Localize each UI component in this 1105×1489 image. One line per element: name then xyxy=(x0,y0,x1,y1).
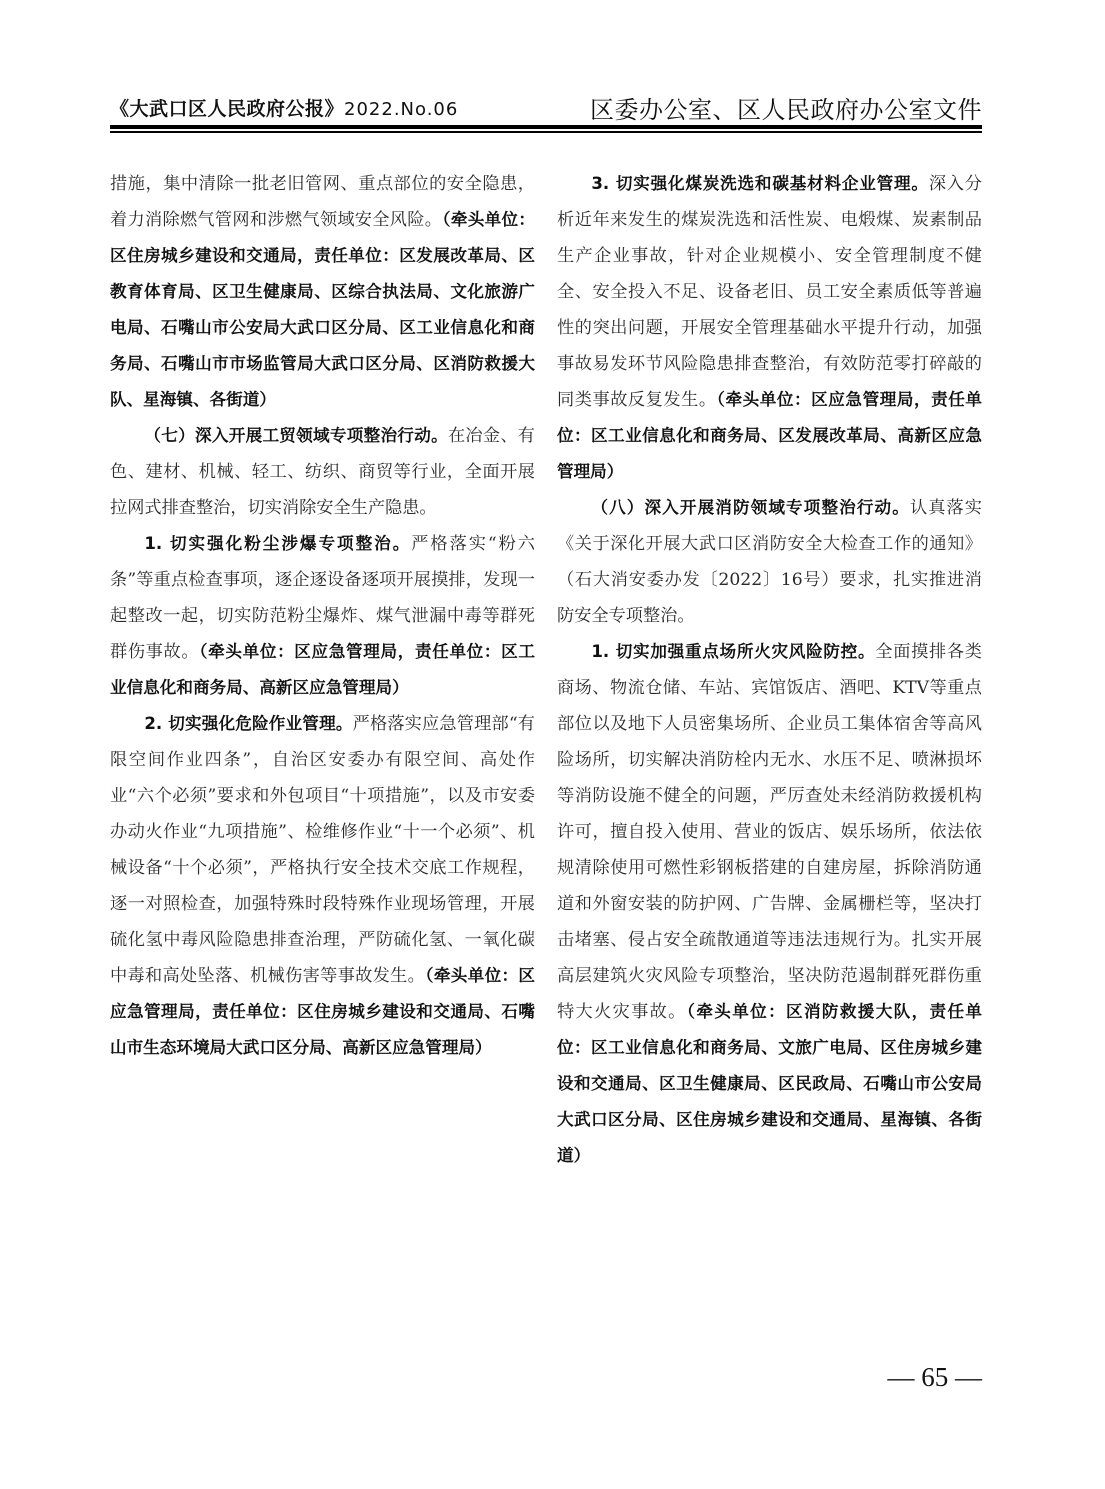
paragraph: 措施，集中清除一批老旧管网、重点部位的安全隐患，着力消除燃气管网和涉燃气领域安全… xyxy=(110,166,535,418)
paragraph: 1. 切实加强重点场所火灾风险防控。全面摸排各类商场、物流仓储、车站、宾馆饭店、… xyxy=(557,634,982,1174)
body-text: 认真落实《关于深化开展大武口区消防安全大检查工作的通知》（石大消安委办发〔202… xyxy=(557,498,982,626)
section-heading: （七）深入开展工贸领域专项整治行动。 xyxy=(144,426,448,445)
header-rule-thin xyxy=(110,131,982,133)
page-number: — 65 — xyxy=(880,1362,982,1393)
paragraph: 3. 切实强化煤炭洗选和碳基材料企业管理。深入分析近年来发生的煤炭洗选和活性炭、… xyxy=(557,166,982,490)
journal-name: 《大武口区人民政府公报》 xyxy=(110,98,344,120)
body-text: 严格落实应急管理部“有限空间作业四条”，自治区安委办有限空间、高处作业“六个必须… xyxy=(110,714,535,986)
item-heading: 1. 切实强化粉尘涉爆专项整治。 xyxy=(144,534,411,553)
item-heading: 2. 切实强化危险作业管理。 xyxy=(144,714,352,733)
item-heading: 1. 切实加强重点场所火灾风险防控。 xyxy=(591,642,875,661)
running-header: 《大武口区人民政府公报》2022.No.06 区委办公室、区人民政府办公室文件 xyxy=(110,92,982,122)
journal-title: 《大武口区人民政府公报》2022.No.06 xyxy=(110,94,458,121)
issue-number: 2022.No.06 xyxy=(344,99,458,120)
section-title: 区委办公室、区人民政府办公室文件 xyxy=(590,90,982,125)
responsible-units: （牵头单位：区住房城乡建设和交通局，责任单位：区发展改革局、区教育体育局、区卫生… xyxy=(110,210,535,409)
left-column: 措施，集中清除一批老旧管网、重点部位的安全隐患，着力消除燃气管网和涉燃气领域安全… xyxy=(110,166,535,1066)
paragraph: （七）深入开展工贸领域专项整治行动。在冶金、有色、建材、机械、轻工、纺织、商贸等… xyxy=(110,418,535,526)
body-text: 深入分析近年来发生的煤炭洗选和活性炭、电煅煤、炭素制品生产企业事故，针对企业规模… xyxy=(557,174,982,410)
header-rule-thick xyxy=(110,125,982,129)
paragraph: 1. 切实强化粉尘涉爆专项整治。严格落实“粉六条”等重点检查事项，逐企逐设备逐项… xyxy=(110,526,535,706)
paragraph: （八）深入开展消防领域专项整治行动。认真落实《关于深化开展大武口区消防安全大检查… xyxy=(557,490,982,634)
responsible-units: （牵头单位：区消防救援大队，责任单位：区工业信息化和商务局、文旅广电局、区住房城… xyxy=(557,1002,982,1165)
body-text: 全面摸排各类商场、物流仓储、车站、宾馆饭店、酒吧、KTV等重点部位以及地下人员密… xyxy=(557,642,982,1022)
section-heading: （八）深入开展消防领域专项整治行动。 xyxy=(591,498,910,517)
paragraph: 2. 切实强化危险作业管理。严格落实应急管理部“有限空间作业四条”，自治区安委办… xyxy=(110,706,535,1066)
right-column: 3. 切实强化煤炭洗选和碳基材料企业管理。深入分析近年来发生的煤炭洗选和活性炭、… xyxy=(557,166,982,1174)
item-heading: 3. 切实强化煤炭洗选和碳基材料企业管理。 xyxy=(591,174,928,193)
